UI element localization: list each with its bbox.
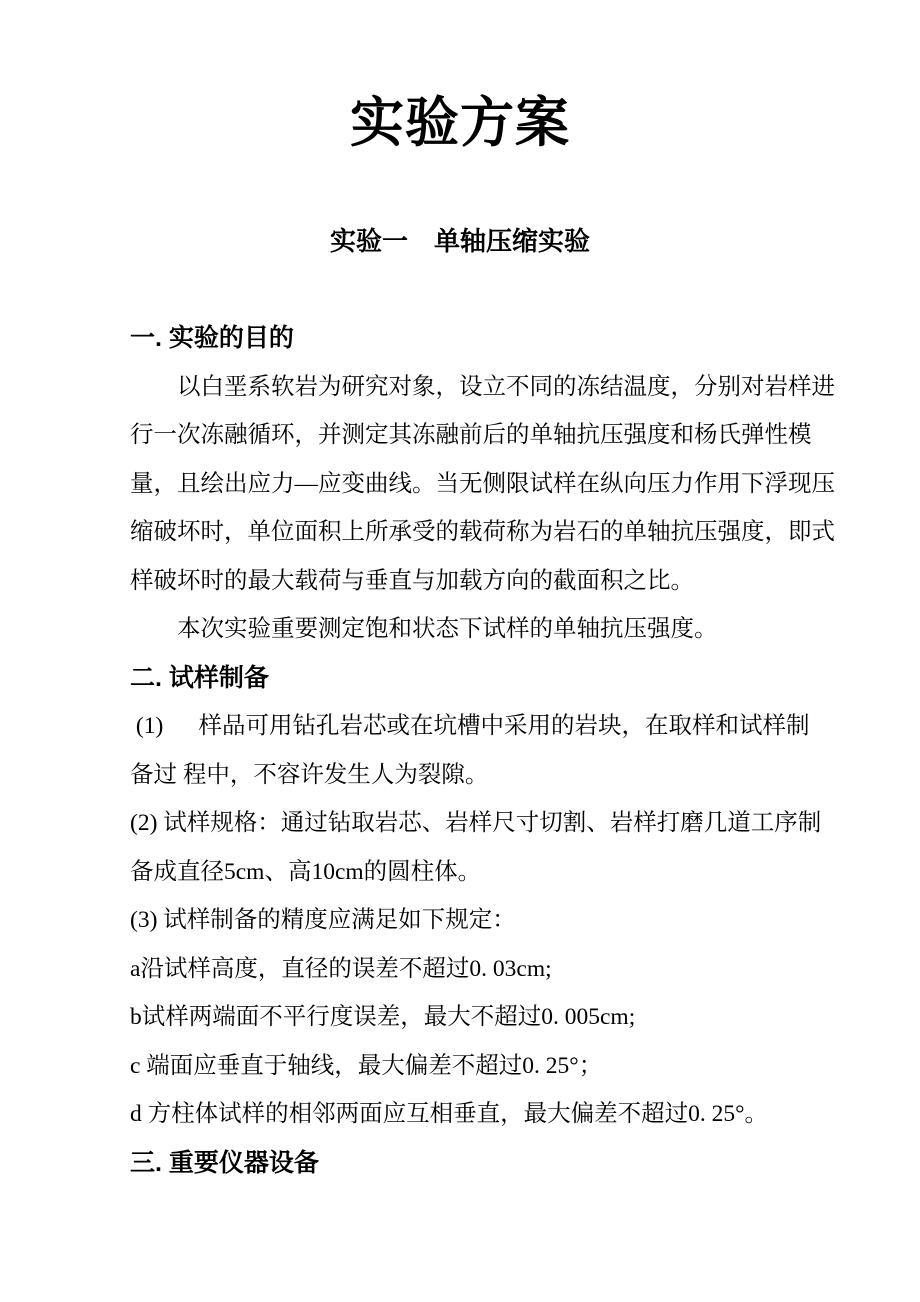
text-line: (3) 试样制备的精度应满足如下规定：: [130, 896, 800, 945]
text-line: (2) 试样规格：通过钻取岩芯、岩样尺寸切割、岩样打磨几道工序制: [130, 799, 800, 848]
text-line: 样破坏时的最大载荷与垂直与加载方向的截面积之比。: [130, 557, 800, 606]
text-line: 缩破坏时，单位面积上所承受的载荷称为岩石的单轴抗压强度，即式: [130, 508, 800, 557]
text-line: 备成直径5cm、高10cm的圆柱体。: [130, 848, 800, 897]
text-line: c 端面应垂直于轴线，最大偏差不超过0. 25°；: [130, 1042, 800, 1091]
text-line: d 方柱体试样的相邻两面应互相垂直，最大偏差不超过0. 25°。: [130, 1090, 800, 1139]
text-line: b试样两端面不平行度误差，最大不超过0. 005cm;: [130, 993, 800, 1042]
document-title: 实验方案: [0, 94, 920, 152]
section-heading-2: 二. 试样制备: [130, 654, 800, 703]
text-line: 行一次冻融循环，并测定其冻融前后的单轴抗压强度和杨氏弹性模: [130, 411, 800, 460]
text-line: 备过 程中，不容许发生人为裂隙。: [130, 751, 800, 800]
document-page: 实验方案 实验一 单轴压缩实验 一. 实验的目的 以白垩系软岩为研究对象，设立不…: [0, 0, 920, 1302]
section-heading-3: 三. 重要仪器设备: [130, 1139, 800, 1188]
text-line: 以白垩系软岩为研究对象，设立不同的冻结温度，分别对岩样进: [130, 363, 800, 412]
section-heading-1: 一. 实验的目的: [130, 314, 800, 363]
document-body: 一. 实验的目的 以白垩系软岩为研究对象，设立不同的冻结温度，分别对岩样进 行一…: [130, 314, 800, 1187]
text-line: a沿试样高度，直径的误差不超过0. 03cm;: [130, 945, 800, 994]
text-line: 本次实验重要测定饱和状态下试样的单轴抗压强度。: [130, 605, 800, 654]
text-line: (1) 样品可用钻孔岩芯或在坑槽中采用的岩块，在取样和试样制: [130, 702, 800, 751]
text-line: 量，且绘出应力—应变曲线。当无侧限试样在纵向压力作用下浮现压: [130, 460, 800, 509]
document-subtitle: 实验一 单轴压缩实验: [0, 224, 920, 258]
